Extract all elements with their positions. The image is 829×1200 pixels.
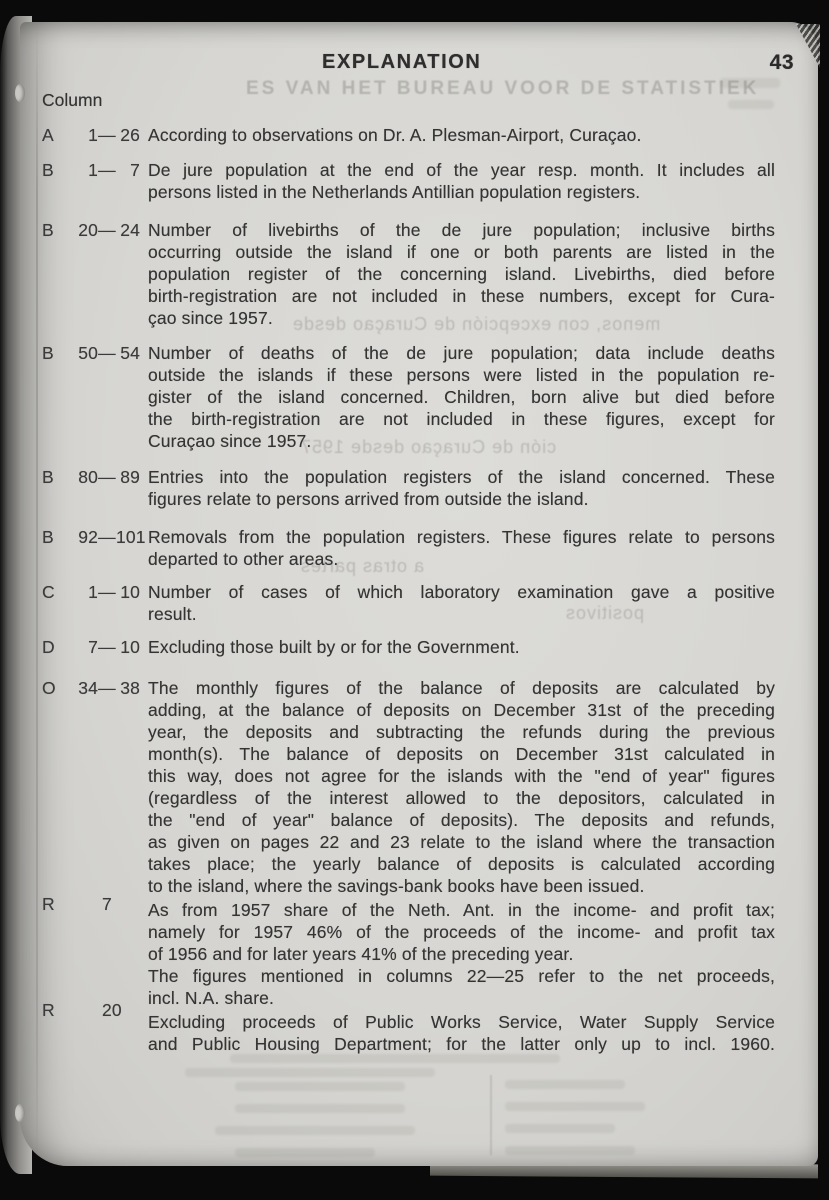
entry-label-part: — bbox=[98, 526, 116, 548]
text-line: çao since 1957. bbox=[148, 307, 775, 329]
entry-text: De jure population at the end of the yea… bbox=[148, 159, 775, 203]
entry-text: The monthly figures of the balance of de… bbox=[148, 677, 775, 897]
bleedthrough-mark bbox=[235, 1148, 375, 1157]
page: ES VAN HET BUREAU VOOR DE STATISTIEKmeno… bbox=[20, 22, 818, 1166]
entry-label-part: 24 bbox=[116, 219, 140, 241]
entry-label: A1—26 bbox=[42, 124, 140, 146]
entry-text: Excluding those built by or for the Gove… bbox=[148, 636, 775, 658]
entry-label: B50—54 bbox=[42, 342, 140, 364]
text-line: De jure population at the end of the yea… bbox=[148, 159, 775, 181]
entry-label-part: B bbox=[42, 526, 68, 548]
entry-label-part: 54 bbox=[116, 342, 140, 364]
text-line: to the island, where the savings-bank bo… bbox=[148, 875, 775, 897]
entry-label-part: 1 bbox=[68, 159, 98, 181]
entry-label: B80—89 bbox=[42, 466, 140, 488]
text-line: month(s). The balance of deposits on Dec… bbox=[148, 743, 775, 765]
text-line: of 1956 and for later years 41% of the p… bbox=[148, 943, 775, 965]
text-line: result. bbox=[148, 603, 775, 625]
entry-label-part: 20 bbox=[68, 219, 98, 241]
text-line: persons listed in the Netherlands Antill… bbox=[148, 181, 775, 203]
bleedthrough-rule bbox=[490, 1075, 492, 1155]
entry-label-part: B bbox=[42, 159, 68, 181]
entry-label-part: B bbox=[42, 342, 68, 364]
entry-label-part: — bbox=[98, 219, 116, 241]
entry-label-part: A bbox=[42, 124, 68, 146]
entry-text: Excluding proceeds of Public Works Servi… bbox=[148, 1011, 775, 1055]
entry-label-part: 10 bbox=[116, 636, 140, 658]
text-line: occurring outside the island if one or b… bbox=[148, 241, 775, 263]
entry-label: O34—38 bbox=[42, 677, 140, 699]
bleedthrough-mark bbox=[185, 1068, 435, 1077]
page-title: EXPLANATION bbox=[322, 50, 481, 74]
text-line: (regardless of the interest allowed to t… bbox=[148, 787, 775, 809]
text-line: birth-registration are not included in t… bbox=[148, 285, 775, 307]
text-line: departed to other areas. bbox=[148, 548, 775, 570]
entry-label-part: 38 bbox=[116, 677, 140, 699]
scanned-book-page: ES VAN HET BUREAU VOOR DE STATISTIEKmeno… bbox=[0, 0, 829, 1200]
entry-label-part: — bbox=[98, 677, 116, 699]
bleedthrough-text: ES VAN HET BUREAU VOOR DE STATISTIEK bbox=[246, 78, 759, 100]
bleedthrough-mark bbox=[215, 1126, 415, 1135]
bleedthrough-mark bbox=[235, 1104, 405, 1113]
column-heading: Column bbox=[42, 89, 102, 111]
entry-label: D7—10 bbox=[42, 636, 140, 658]
entry-text: Removals from the population registers. … bbox=[148, 526, 775, 570]
text-line: as given on pages 22 and 23 relate to th… bbox=[148, 831, 775, 853]
entry-label-part: 92 bbox=[68, 526, 98, 548]
entry-label: C1—10 bbox=[42, 581, 140, 603]
entry-text: Entries into the population registers of… bbox=[148, 466, 775, 510]
entry-label-part: R bbox=[42, 893, 68, 915]
text-line: Removals from the population registers. … bbox=[148, 526, 775, 548]
entry-label-part: 1 bbox=[68, 124, 98, 146]
entry-label-part: 10 bbox=[116, 581, 140, 603]
entry-label-part: B bbox=[42, 466, 68, 488]
page-edge-notch bbox=[15, 84, 25, 102]
text-line: Curaçao since 1957. bbox=[148, 430, 775, 452]
entry-label-part: 7 bbox=[102, 893, 112, 915]
entry-label-part: 7 bbox=[68, 636, 98, 658]
entry-label-part: B bbox=[42, 219, 68, 241]
binding-crease bbox=[36, 22, 38, 1166]
entry-label-part: 80 bbox=[68, 466, 98, 488]
text-line: the "end of year" balance of deposits). … bbox=[148, 809, 775, 831]
bleedthrough-mark bbox=[505, 1124, 615, 1133]
entry-label: B92—101 bbox=[42, 526, 140, 548]
text-line: The monthly figures of the balance of de… bbox=[148, 677, 775, 699]
text-line: the birth-registration are not included … bbox=[148, 408, 775, 430]
page-stack-edges bbox=[796, 24, 820, 68]
entry-label: R7 bbox=[42, 893, 112, 915]
text-line: As from 1957 share of the Neth. Ant. in … bbox=[148, 899, 775, 921]
text-line: year, the deposits and subtracting the r… bbox=[148, 721, 775, 743]
entry-label-part: — bbox=[98, 636, 116, 658]
entry-label-part: 34 bbox=[68, 677, 98, 699]
text-line: takes place; the yearly balance of depos… bbox=[148, 853, 775, 875]
entry-label: B1—7 bbox=[42, 159, 140, 181]
entry-text: Number of deaths of the de jure populati… bbox=[148, 342, 775, 452]
entry-text: Number of livebirths of the de jure popu… bbox=[148, 219, 775, 329]
text-line: and Public Housing Department; for the l… bbox=[148, 1033, 775, 1055]
entry-label-part: R bbox=[42, 999, 68, 1021]
entry-label: B20—24 bbox=[42, 219, 140, 241]
text-line: adding, at the balance of deposits on De… bbox=[148, 699, 775, 721]
text-line: Entries into the population registers of… bbox=[148, 466, 775, 488]
entry-label: R20 bbox=[42, 999, 122, 1021]
text-line: According to observations on Dr. A. Ples… bbox=[148, 124, 775, 146]
text-line: incl. N.A. share. bbox=[148, 987, 775, 1009]
bleedthrough-mark bbox=[235, 1082, 405, 1091]
text-line: gister of the island concerned. Children… bbox=[148, 386, 775, 408]
text-line: Excluding proceeds of Public Works Servi… bbox=[148, 1011, 775, 1033]
text-line: Number of livebirths of the de jure popu… bbox=[148, 219, 775, 241]
bleedthrough-mark bbox=[720, 78, 780, 88]
entry-label-part: — bbox=[98, 124, 116, 146]
bleedthrough-mark bbox=[230, 1054, 560, 1063]
entry-label-part: — bbox=[98, 466, 116, 488]
entry-label-part: 26 bbox=[116, 124, 140, 146]
entry-label-part: D bbox=[42, 636, 68, 658]
text-line: Number of deaths of the de jure populati… bbox=[148, 342, 775, 364]
entry-text: Number of cases of which laboratory exam… bbox=[148, 581, 775, 625]
text-line: Number of cases of which laboratory exam… bbox=[148, 581, 775, 603]
entry-text: According to observations on Dr. A. Ples… bbox=[148, 124, 775, 146]
text-line: Excluding those built by or for the Gove… bbox=[148, 636, 775, 658]
bleedthrough-mark bbox=[505, 1146, 635, 1155]
entry-label-part: O bbox=[42, 677, 68, 699]
entry-label-part: 50 bbox=[68, 342, 98, 364]
text-line: outside the islands if these persons wer… bbox=[148, 364, 775, 386]
entry-label-part: 7 bbox=[116, 159, 140, 181]
entry-label-part: C bbox=[42, 581, 68, 603]
entry-label-part: — bbox=[98, 581, 116, 603]
bleedthrough-mark bbox=[505, 1102, 645, 1111]
text-line: figures relate to persons arrived from o… bbox=[148, 488, 775, 510]
entry-label-part: 101 bbox=[116, 526, 140, 548]
text-line: namely for 1957 46% of the proceeds of t… bbox=[148, 921, 775, 943]
bleedthrough-mark bbox=[505, 1080, 625, 1089]
entry-label-part: 89 bbox=[116, 466, 140, 488]
entry-label-part: 1 bbox=[68, 581, 98, 603]
page-edge-notch bbox=[15, 1104, 25, 1122]
entry-label-part: — bbox=[98, 342, 116, 364]
text-line: The figures mentioned in columns 22—25 r… bbox=[148, 965, 775, 987]
entry-label-part: 20 bbox=[102, 999, 122, 1021]
entry-text: As from 1957 share of the Neth. Ant. in … bbox=[148, 899, 775, 1009]
text-line: population register of the concerning is… bbox=[148, 263, 775, 285]
text-line: this way, does not agree for the islands… bbox=[148, 765, 775, 787]
page-number: 43 bbox=[770, 50, 794, 76]
bleedthrough-mark bbox=[728, 100, 774, 109]
entry-label-part: — bbox=[98, 159, 116, 181]
